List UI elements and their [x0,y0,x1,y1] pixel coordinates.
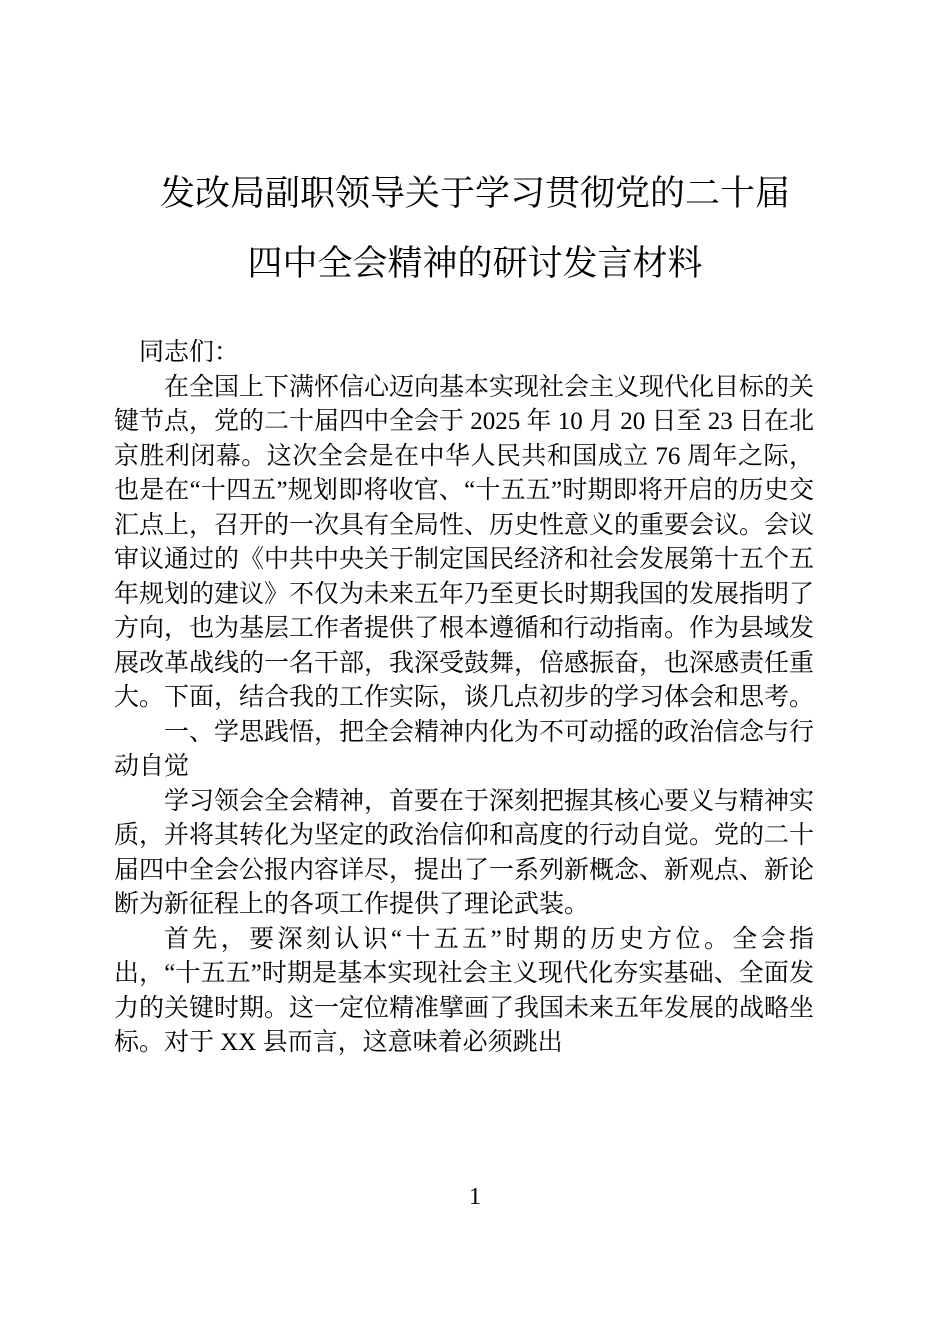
title-line-1: 发改局副职领导关于学习贯彻党的二十届 [0,159,950,229]
paragraph-intro: 在全国上下满怀信心迈向基本实现社会主义现代化目标的关键节点，党的二十届四中全会于… [114,371,814,716]
section-heading-1: 一、学思践悟，把全会精神内化为不可动摇的政治信念与行动自觉 [114,716,814,785]
paragraph-study: 学习领会全会精神，首要在于深刻把握其核心要义与精神实质，并将其转化为坚定的政治信… [114,785,814,923]
salutation: 同志们： [114,336,814,371]
paragraph-first-point: 首先，要深刻认识“十五五”时期的历史方位。全会指出，“十五五”时期是基本实现社会… [114,923,814,1061]
title-line-2: 四中全会精神的研讨发言材料 [0,229,950,299]
document-body: 同志们： 在全国上下满怀信心迈向基本实现社会主义现代化目标的关键节点，党的二十届… [114,336,814,1061]
page-number: 1 [0,1183,950,1211]
document-title: 发改局副职领导关于学习贯彻党的二十届 四中全会精神的研讨发言材料 [0,159,950,299]
document-page: 发改局副职领导关于学习贯彻党的二十届 四中全会精神的研讨发言材料 同志们： 在全… [0,0,950,1344]
